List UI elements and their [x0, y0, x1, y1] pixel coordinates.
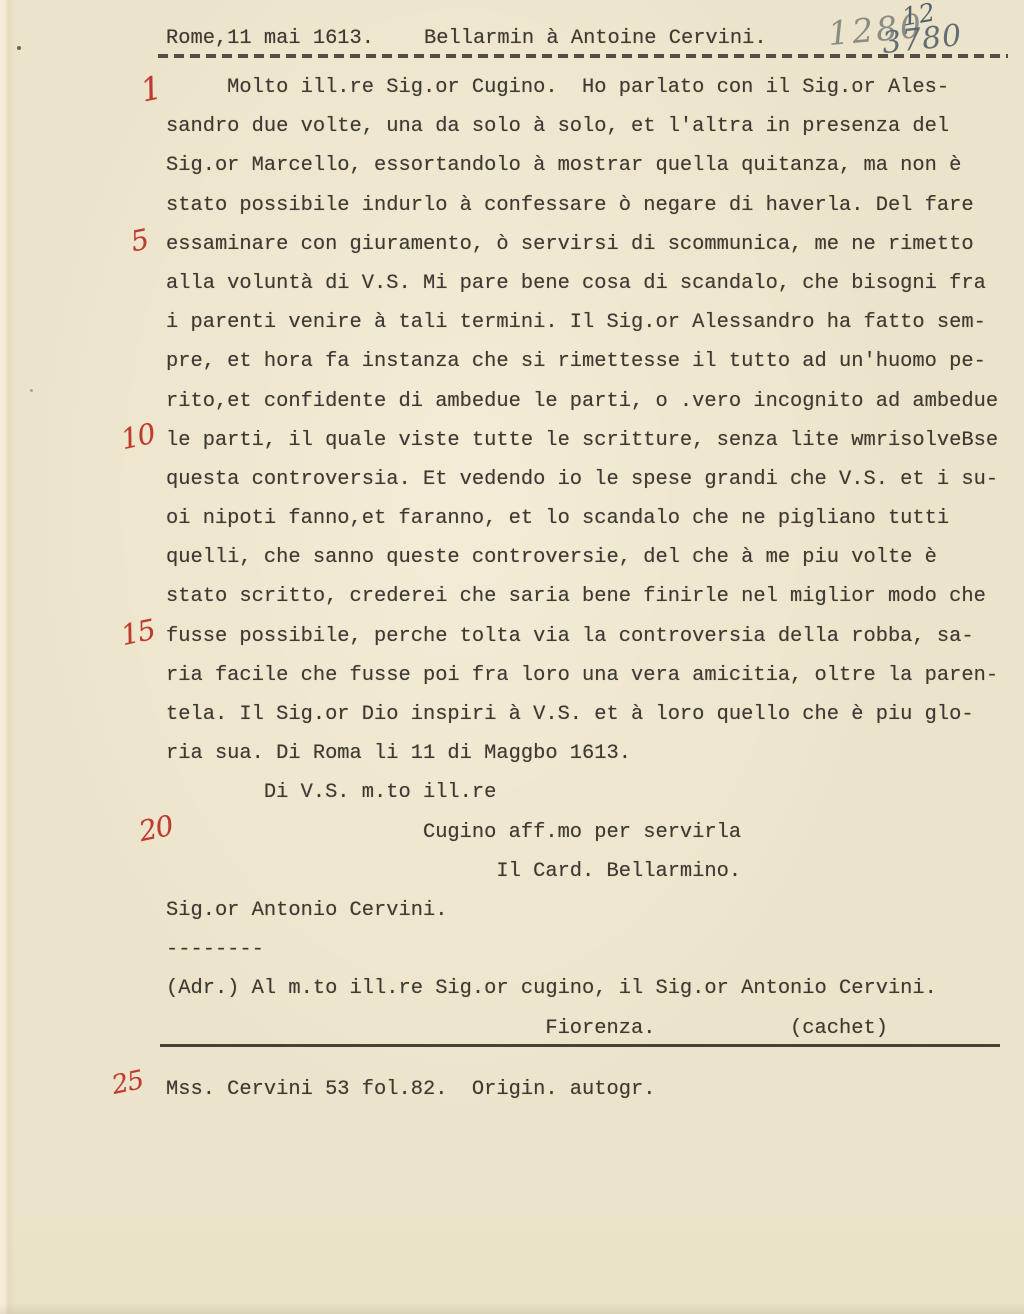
- letter-line: ria sua. Di Roma li 11 di Maggbo 1613.: [166, 734, 998, 773]
- margin-line-number-1: 1: [137, 68, 164, 109]
- header-date: Rome,11 mai 1613.: [166, 19, 374, 58]
- letter-line: stato scritto, crederei che saria bene f…: [166, 577, 998, 616]
- letter-line: Molto ill.re Sig.or Cugino. Ho parlato c…: [166, 68, 998, 107]
- paper-speck: [17, 46, 21, 50]
- letter-line: alla voluntà di V.S. Mi pare bene cosa d…: [166, 264, 998, 303]
- letter-line: questa controversia. Et vedendo io le sp…: [166, 460, 998, 499]
- letter-line: Fiorenza. (cachet): [166, 1009, 998, 1048]
- letter-line: pre, et hora fa instanza che si rimettes…: [166, 342, 998, 381]
- letter-line: ria facile che fusse poi fra loro una ve…: [166, 656, 998, 695]
- letter-line: Di V.S. m.to ill.re: [166, 773, 998, 812]
- paper-speck: [30, 389, 33, 392]
- letter-line: tela. Il Sig.or Dio inspiri à V.S. et à …: [166, 695, 998, 734]
- letter-line: essaminare con giuramento, ò servirsi di…: [166, 225, 998, 264]
- letter-line: (Adr.) Al m.to ill.re Sig.or cugino, il …: [166, 969, 998, 1008]
- letter-line: Sig.or Marcello, essortandolo à mostrar …: [166, 146, 998, 185]
- letter-page: Rome,11 mai 1613. Bellarmin à Antoine Ce…: [0, 0, 1024, 1314]
- margin-line-number-10: 10: [118, 417, 158, 456]
- letter-line: i parenti venire à tali termini. Il Sig.…: [166, 303, 998, 342]
- letter-line: Sig.or Antonio Cervini.: [166, 891, 998, 930]
- letter-line: Cugino aff.mo per servirla: [166, 813, 998, 852]
- letter-line: rito,et confidente di ambedue le parti, …: [166, 382, 998, 421]
- letter-line: Il Card. Bellarmino.: [166, 852, 998, 891]
- margin-line-number-15: 15: [118, 613, 158, 652]
- letter-line: fusse possibile, perche tolta via la con…: [166, 617, 998, 656]
- margin-line-number-25: 25: [109, 1065, 146, 1101]
- footer-reference: Mss. Cervini 53 fol.82. Origin. autogr.: [166, 1070, 655, 1109]
- letter-line: le parti, il quale viste tutte le scritt…: [166, 421, 998, 460]
- letter-body: Molto ill.re Sig.or Cugino. Ho parlato c…: [166, 68, 998, 1048]
- letter-line: quelli, che sanno queste controversie, d…: [166, 538, 998, 577]
- margin-line-number-5: 5: [128, 223, 151, 259]
- letter-line: oi nipoti fanno,et faranno, et lo scanda…: [166, 499, 998, 538]
- header-recipient: Bellarmin à Antoine Cervini.: [424, 19, 767, 58]
- letter-line: sandro due volte, una da solo à solo, et…: [166, 107, 998, 146]
- letter-line: stato possibile indurlo à confessare ò n…: [166, 186, 998, 225]
- header-dashed-rule: [158, 54, 1008, 58]
- letter-line: --------: [166, 930, 998, 969]
- address-separator-rule: [160, 1044, 1000, 1047]
